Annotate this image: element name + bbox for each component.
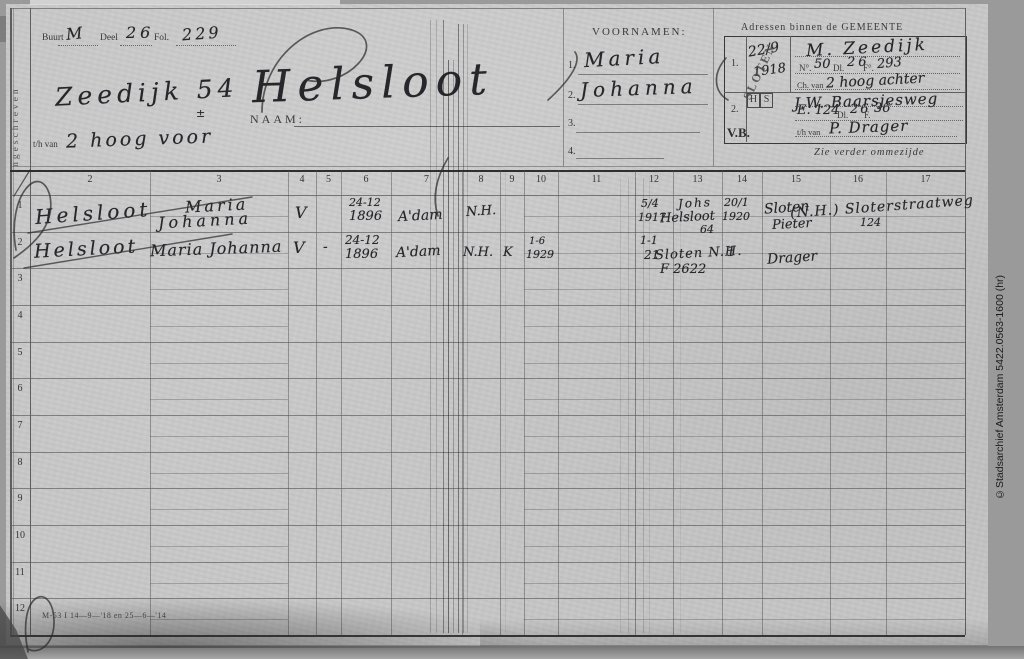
table-col-header: 16 xyxy=(850,174,866,185)
r1-c16-num: 124 xyxy=(860,216,881,229)
scan-streak-line xyxy=(649,178,650,633)
table-top-rule-light xyxy=(10,166,965,167)
scan-streak-line xyxy=(453,60,454,633)
voornamen-2-line xyxy=(578,104,708,105)
r1-c14-top: 20/1 xyxy=(724,196,749,209)
gemeente-row1-line2 xyxy=(795,73,960,74)
th-van-label: t/h van xyxy=(33,139,58,149)
r2-c13-bottom: F 2622 xyxy=(660,262,706,277)
table-col-line xyxy=(886,171,887,635)
voornamen-4-line xyxy=(576,158,664,159)
table-row-number: 4 xyxy=(12,310,28,321)
street-mark: ± xyxy=(196,107,205,120)
table-col-header: 2 xyxy=(82,174,98,185)
scan-edge-top-strip xyxy=(30,0,340,5)
stamp-vb: V.B. xyxy=(727,125,750,141)
gemeente-row1-line1 xyxy=(795,56,960,57)
r1-religion: N.H. xyxy=(466,203,497,220)
table-row-number: 6 xyxy=(12,383,28,394)
gemeente-box-vline2 xyxy=(790,36,791,92)
table-col-header: 9 xyxy=(504,174,520,185)
table-col-line xyxy=(316,171,317,635)
table-row-line xyxy=(10,268,965,269)
scan-streak-line xyxy=(443,20,444,633)
scan-edge-left-mark xyxy=(0,16,6,42)
table-row-number: 11 xyxy=(12,567,28,578)
voornamen-2-value: Johanna xyxy=(580,74,698,102)
table-half-line-right xyxy=(524,546,965,547)
table-col-line xyxy=(558,171,559,635)
scan-streak-line xyxy=(430,20,431,633)
gemeente-row1-f-value: 293 xyxy=(876,55,902,72)
table-row-line xyxy=(10,378,965,379)
fol-underline xyxy=(176,45,236,46)
r1-c13-num: 64 xyxy=(700,223,714,236)
table-row-line xyxy=(10,562,965,563)
upper-divider-right xyxy=(713,8,714,166)
r1-c14-bottom: 1920 xyxy=(722,210,750,223)
table-col-header: 11 xyxy=(589,174,605,185)
table-col-header: 5 xyxy=(321,174,337,185)
naam-underline xyxy=(294,126,560,127)
scan-shadow-bottom-right xyxy=(480,618,988,646)
voornamen-4-no: 4. xyxy=(568,146,576,157)
scan-streak-line xyxy=(643,178,644,633)
gemeente-row2-no: 2. xyxy=(731,104,739,115)
table-half-line-name xyxy=(150,436,288,437)
table-half-line-name xyxy=(150,583,288,584)
table-col-line xyxy=(722,171,723,635)
table-row-line xyxy=(10,488,965,489)
table-col-header: 3 xyxy=(211,174,227,185)
scan-streak-line xyxy=(505,172,506,633)
table-col-line xyxy=(500,171,501,635)
ingeschreven-divider xyxy=(30,8,31,635)
table-col-header: 13 xyxy=(690,174,706,185)
r2-birth-year: 1896 xyxy=(345,247,378,262)
table-col-line xyxy=(288,171,289,635)
table-row-number: 1 xyxy=(12,200,28,211)
voornamen-3-line xyxy=(576,132,700,133)
stamp-letter-s: S xyxy=(764,94,770,105)
table-half-line-right xyxy=(524,253,965,254)
r2-sex: V xyxy=(293,238,305,257)
copyright-text: ©Stadsarchief Amsterdam 5422.0563-1600 (… xyxy=(994,140,1006,500)
voornamen-1-value: Maria xyxy=(583,44,664,72)
table-half-line-name xyxy=(150,509,288,510)
table-row-number: 9 xyxy=(12,493,28,504)
r2-c5: - xyxy=(323,239,328,255)
table-row-number: 8 xyxy=(12,457,28,468)
r2-birth-place: A'dam xyxy=(396,243,441,261)
table-half-line-right xyxy=(524,436,965,437)
card-border-top xyxy=(10,8,965,9)
table-row-line xyxy=(10,342,965,343)
gemeente-box-title: Adressen binnen de GEMEENTE xyxy=(741,22,903,33)
voornamen-2-no: 2. xyxy=(568,90,576,101)
gemeente-row1-no-value: 50 xyxy=(814,57,831,72)
table-header-bottom xyxy=(10,195,965,196)
gemeente-row2-line2 xyxy=(795,120,963,121)
r2-birth-date: 24-12 xyxy=(345,233,380,247)
voornamen-1-line xyxy=(578,74,708,75)
scan-streak-line xyxy=(680,205,681,633)
r2-c10-bottom: 1929 xyxy=(526,248,554,261)
scan-streak-line xyxy=(463,24,464,633)
buurt-underline xyxy=(58,45,98,46)
gemeente-row1-no: 1. xyxy=(731,58,739,69)
table-row-line xyxy=(10,525,965,526)
gemeente-row1-f-label: F°. xyxy=(863,63,874,73)
table-top-rule xyxy=(10,170,965,172)
gemeente-row2-line3 xyxy=(795,136,957,137)
r1-sex: V xyxy=(295,203,307,222)
table-half-line-name xyxy=(150,363,288,364)
gemeente-row2-f-value: 36 xyxy=(874,101,891,116)
table-half-line-right xyxy=(524,509,965,510)
scan-streak-line xyxy=(620,178,621,633)
r1-birth-year: 1896 xyxy=(349,209,382,224)
scan-streak-line xyxy=(436,20,437,633)
table-col-header: 7 xyxy=(419,174,435,185)
deel-value: 26 xyxy=(126,23,154,42)
deel-underline xyxy=(120,45,152,46)
table-row-number: 7 xyxy=(12,420,28,431)
table-col-line xyxy=(391,171,392,635)
table-half-line-name xyxy=(150,473,288,474)
table-row-line xyxy=(10,452,965,453)
table-col-header: 8 xyxy=(473,174,489,185)
table-col-line xyxy=(830,171,831,635)
voornamen-label: VOORNAMEN: xyxy=(592,26,687,38)
table-col-line xyxy=(673,171,674,635)
table-col-line xyxy=(524,171,525,635)
table-col-line xyxy=(762,171,763,635)
table-col-header: 17 xyxy=(918,174,934,185)
table-half-line-right xyxy=(524,583,965,584)
upper-divider-left xyxy=(563,8,564,166)
table-row-line xyxy=(10,305,965,306)
voornamen-1-no: 1. xyxy=(568,60,576,71)
stamp-box-s: S xyxy=(760,93,773,108)
deel-label: Deel xyxy=(100,33,118,43)
fol-value: 229 xyxy=(181,23,222,45)
buurt-value: M xyxy=(65,23,83,44)
table-half-line-name xyxy=(150,546,288,547)
table-half-line-name xyxy=(150,289,288,290)
fol-label: Fol. xyxy=(154,33,169,43)
table-col-line xyxy=(341,171,342,635)
scanned-record-card: Ingeschreven Buurt M Deel 26 Fol. 229 Ze… xyxy=(0,0,1024,659)
table-half-line-right xyxy=(524,326,965,327)
table-row-number: 3 xyxy=(12,273,28,284)
scan-streak-line xyxy=(448,60,449,633)
table-row-line xyxy=(10,415,965,416)
table-row-number: 5 xyxy=(12,347,28,358)
gemeente-row1-dl-label: Dl. xyxy=(833,63,844,73)
table-half-line-right xyxy=(524,363,965,364)
naam-label: NAAM: xyxy=(250,112,305,127)
table-row-number: 2 xyxy=(12,237,28,248)
table-row-line xyxy=(10,232,965,233)
r2-c14: 1 xyxy=(727,245,735,260)
table-col-header: 10 xyxy=(533,174,549,185)
card-border-right xyxy=(965,8,966,635)
table-half-line-name xyxy=(150,399,288,400)
scan-streak-line xyxy=(628,178,629,633)
r1-birth-date: 24-12 xyxy=(349,196,381,209)
scan-streak-line xyxy=(467,24,468,633)
scan-streak-line xyxy=(458,24,459,633)
r2-c10-top: 1-6 xyxy=(529,236,545,247)
gemeente-row2-line1 xyxy=(795,106,963,107)
table-half-line-right xyxy=(524,289,965,290)
table-half-line-right xyxy=(524,473,965,474)
table-col-header: 6 xyxy=(358,174,374,185)
table-col-header: 15 xyxy=(788,174,804,185)
table-col-header: 4 xyxy=(294,174,310,185)
voornamen-3-no: 3. xyxy=(568,118,576,129)
gemeente-row1-no-label: N°. xyxy=(799,63,811,73)
scan-streak-line xyxy=(635,178,636,633)
table-col-header: 14 xyxy=(734,174,750,185)
table-half-line-right xyxy=(524,399,965,400)
gemeente-footer: Zie verder ommezijde xyxy=(814,147,925,158)
table-half-line-name xyxy=(150,326,288,327)
buurt-label: Buurt xyxy=(42,33,64,43)
table-row-number: 10 xyxy=(12,530,28,541)
